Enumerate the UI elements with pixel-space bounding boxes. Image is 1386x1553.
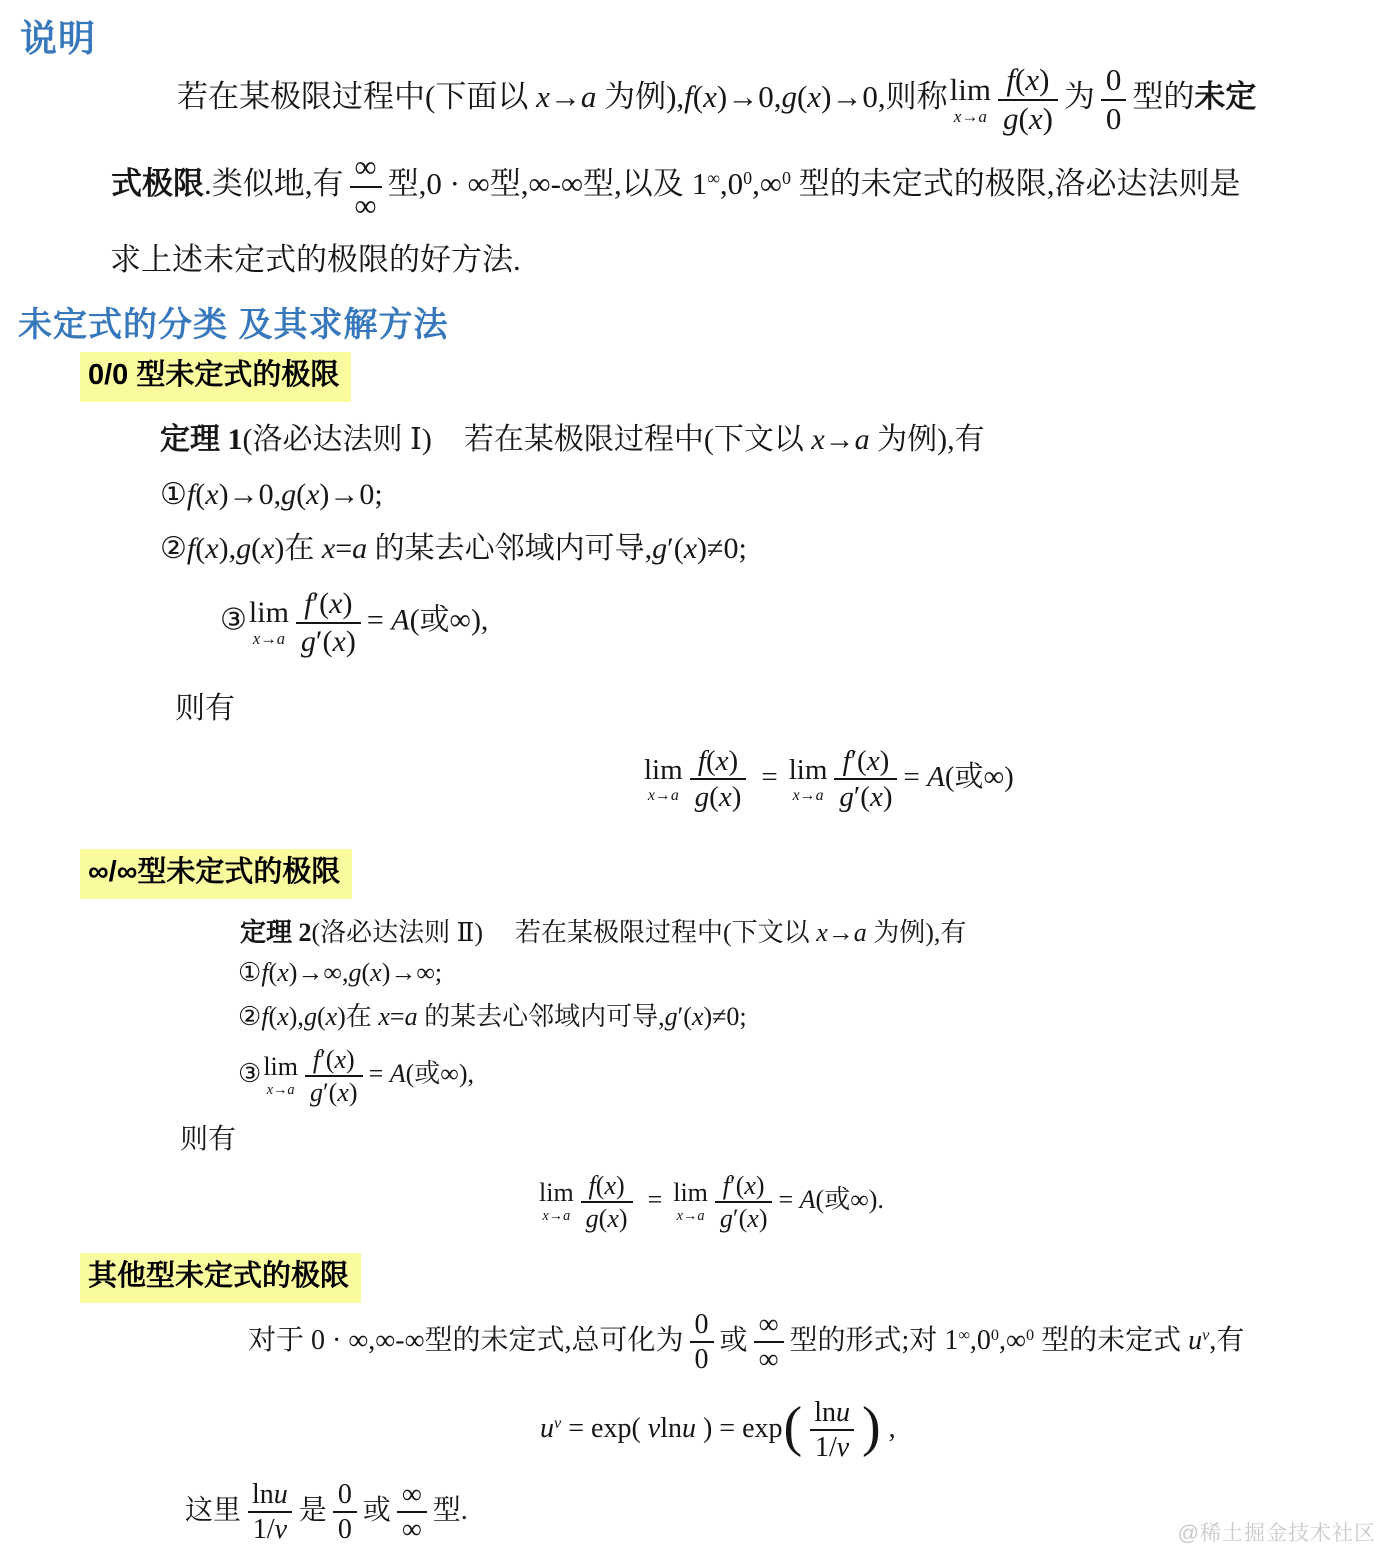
theorem-2-title-line: 定理 2(洛必达法则 Ⅱ)若在某极限过程中(下文以 x→a 为例),有 [240, 916, 966, 950]
fraction: f′(x)g′(x) [305, 1044, 363, 1108]
text-run: 型,0 · ∞型,∞-∞型,以及 [388, 166, 692, 201]
fraction-denominator: g′(x) [715, 1201, 773, 1234]
theorem-1-paren: (洛必达法则 Ⅰ) [243, 423, 432, 456]
document-page: 说明 若在某极限过程中(下面以 x→a 为例),f(x)→0,g(x)→0,则称… [0, 0, 1386, 1553]
limit-word: lim [249, 598, 289, 628]
math-run: = A(或∞), [369, 1059, 474, 1088]
text-run: 为 [1064, 79, 1095, 114]
text-run: , [882, 1413, 896, 1444]
text-run: 型的未定式的极限,洛必达法则是 [791, 166, 1241, 201]
fraction-denominator: 0 [690, 1341, 714, 1376]
fraction-denominator: g′(x) [834, 778, 897, 814]
fraction-numerator: f′(x) [838, 744, 895, 778]
limit-word: lim [539, 1180, 574, 1206]
limit-word: lim [950, 74, 991, 105]
equals-sign: = [648, 1185, 663, 1214]
fraction: f(x)g(x) [581, 1170, 633, 1234]
highlight-heading-other-types: 其他型未定式的极限 [80, 1253, 361, 1303]
text-run: 或 [363, 1495, 391, 1526]
limit: limx→a [789, 756, 828, 804]
math-run: 1∞,00,∞0 [944, 1325, 1034, 1356]
fraction-denominator: ∞ [350, 186, 382, 225]
limit-word: lim [673, 1180, 708, 1206]
big-paren-close: ) [862, 1396, 881, 1458]
text-run: 为例),有 [870, 423, 985, 456]
text-run: 若在某极限过程中(下面以 [177, 79, 536, 114]
math-run: f(x)→0,g(x)→0 [684, 79, 878, 114]
math-run: g′(x)≠0; [652, 532, 747, 565]
math-run: uv [1188, 1325, 1209, 1356]
limit-word: lim [644, 756, 683, 785]
fraction: lnu1/v [809, 1396, 855, 1465]
limit-subscript: x→a [793, 788, 824, 804]
limit-subscript: x→a [677, 1209, 705, 1223]
limit-word: lim [789, 756, 828, 785]
item-mark: ① [238, 958, 261, 987]
fraction: lnu1/v [247, 1478, 293, 1547]
equals-sign: = [761, 761, 777, 793]
item-mark: ③ [220, 603, 247, 636]
math-run: f(x),g(x) [187, 532, 285, 565]
math-run: x→a [536, 79, 596, 114]
math-run: = A(或∞). [778, 1185, 883, 1214]
item-mark: ① [160, 478, 187, 511]
text-run: 型的形式;对 [790, 1325, 945, 1356]
theorem-1-label: 定理 1 [160, 423, 243, 456]
theorem-1-then: 则有 [175, 689, 235, 728]
fraction-denominator: g(x) [581, 1201, 633, 1234]
text-run: 型的未定式 [1034, 1325, 1188, 1356]
intro-paragraph-line-3: 求上述未定式的极限的好方法. [110, 240, 521, 280]
section-heading-shuoming: 说明 [20, 8, 96, 62]
fraction-numerator: f(x) [1001, 62, 1054, 99]
bold-term: 式极限 [111, 166, 204, 201]
limit-subscript: x→a [954, 108, 987, 125]
fraction-numerator: f(x) [693, 744, 743, 778]
text-run: 在 [346, 1002, 379, 1031]
intro-paragraph-line-1: 若在某极限过程中(下面以 x→a 为例),f(x)→0,g(x)→0,则称lim… [177, 62, 1256, 137]
limit-word: lim [263, 1054, 298, 1080]
text-run: ,有 [1209, 1325, 1244, 1356]
limit: limx→a [249, 598, 289, 648]
fraction-denominator: 1/v [810, 1429, 854, 1464]
math-run: x=a [378, 1002, 417, 1031]
fraction: f′(x)g′(x) [296, 586, 361, 659]
fraction: 00 [690, 1308, 714, 1377]
highlight-heading-inf-over-inf: ∞/∞型未定式的极限 [80, 849, 352, 899]
text-run: 若在某极限过程中(下文以 [515, 918, 816, 947]
fraction: 00 [333, 1478, 357, 1547]
text-run: 这里 [185, 1495, 241, 1526]
fraction-denominator: g′(x) [305, 1075, 363, 1108]
theorem-1-condition-2: ②f(x),g(x)在 x=a 的某去心邻域内可导,g′(x)≠0; [160, 529, 747, 568]
fraction-denominator: ∞ [754, 1341, 784, 1376]
fraction-denominator: 1/v [248, 1511, 292, 1546]
theorem-1-condition-3: ③limx→af′(x)g′(x)= A(或∞), [220, 586, 488, 659]
math-run: x→a [816, 918, 867, 947]
fraction: ∞∞ [350, 149, 382, 224]
limit: limx→a [673, 1180, 708, 1223]
math-run: = A(或∞), [367, 603, 489, 636]
fraction-denominator: 0 [1101, 99, 1127, 138]
math-run: 1∞,00,∞0 [692, 166, 791, 201]
fraction-numerator: 0 [1101, 62, 1127, 99]
text-run: 为例), [596, 79, 684, 114]
fraction-numerator: lnu [247, 1478, 293, 1511]
fraction-numerator: f′(x) [718, 1170, 770, 1201]
intro-paragraph-line-2: 式极限.类似地,有∞∞型,0 · ∞型,∞-∞型,以及 1∞,00,∞0 型的未… [111, 149, 1240, 224]
math-run: uv = exp( vlnu ) = exp [540, 1413, 783, 1444]
fraction-denominator: g(x) [690, 778, 747, 814]
section-heading-classification: 未定式的分类 及其求解方法 [18, 297, 448, 346]
fraction-numerator: ∞ [397, 1478, 427, 1511]
text-run: 型的 [1132, 79, 1194, 114]
fraction: f′(x)g′(x) [834, 744, 897, 815]
text-run: 是 [299, 1495, 327, 1526]
fraction: ∞∞ [397, 1478, 427, 1547]
math-run: f(x)→∞,g(x)→∞; [261, 958, 442, 987]
watermark: @稀土掘金技术社区 [1178, 1517, 1376, 1547]
fraction: ∞∞ [754, 1308, 784, 1377]
math-run: = A(或∞) [903, 761, 1013, 793]
theorem-2-display-formula: limx→af(x)g(x)=limx→af′(x)g′(x)= A(或∞). [537, 1170, 884, 1234]
text-run: 的某去心邻域内可导, [367, 532, 652, 565]
fraction-numerator: 0 [333, 1478, 357, 1511]
highlight-heading-zero-over-zero: 0/0 型未定式的极限 [80, 352, 351, 402]
big-paren-open: ( [784, 1396, 803, 1458]
item-mark: ② [238, 1002, 261, 1031]
theorem-1-display-formula: limx→af(x)g(x)=limx→af′(x)g′(x)= A(或∞) [642, 744, 1014, 815]
text-run: 为例),有 [867, 918, 967, 947]
text-run: 对于 0 · ∞,∞-∞型的未定式,总可化为 [248, 1325, 684, 1356]
bold-term: 未定 [1194, 79, 1256, 114]
text-run: 在 [284, 532, 322, 565]
fraction: f(x)g(x) [998, 62, 1058, 137]
math-run: f(x),g(x) [261, 1002, 346, 1031]
theorem-2-condition-3: ③limx→af′(x)g′(x)= A(或∞), [238, 1044, 474, 1108]
fraction: f′(x)g′(x) [715, 1170, 773, 1234]
limit: limx→a [263, 1054, 298, 1097]
limit: limx→a [539, 1180, 574, 1223]
math-run: x=a [322, 532, 367, 565]
fraction-numerator: f′(x) [299, 586, 357, 622]
theorem-2-then: 则有 [180, 1122, 236, 1158]
fraction-numerator: ∞ [754, 1308, 784, 1341]
item-mark: ② [160, 532, 187, 565]
fraction-denominator: g(x) [998, 99, 1058, 138]
limit: limx→a [644, 756, 683, 804]
theorem-1-title-line: 定理 1(洛必达法则 Ⅰ)若在某极限过程中(下文以 x→a 为例),有 [160, 420, 985, 459]
theorem-2-condition-2: ②f(x),g(x)在 x=a 的某去心邻域内可导,g′(x)≠0; [238, 1000, 747, 1034]
exp-transform-formula: uv = exp( vlnu ) = exp(lnu1/v) , [540, 1396, 896, 1465]
math-run: f(x)→0,g(x)→0; [187, 478, 383, 511]
fraction-denominator: ∞ [397, 1511, 427, 1546]
fraction-numerator: f′(x) [308, 1044, 360, 1075]
fraction-numerator: ∞ [350, 149, 382, 186]
theorem-2-label: 定理 2 [240, 918, 312, 947]
text-run: .类似地,有 [204, 166, 344, 201]
limit-subscript: x→a [253, 631, 285, 648]
fraction-numerator: lnu [809, 1396, 855, 1429]
theorem-1-condition-1: ①f(x)→0,g(x)→0; [160, 475, 383, 514]
math-run: g′(x)≠0; [665, 1002, 747, 1031]
math-run: x→a [811, 423, 869, 456]
fraction-numerator: f(x) [584, 1170, 630, 1201]
limit-subscript: x→a [267, 1083, 295, 1097]
fraction: f(x)g(x) [690, 744, 747, 815]
text-run: 的某去心邻域内可导, [418, 1002, 665, 1031]
fraction: 00 [1101, 62, 1127, 137]
fraction-denominator: g′(x) [296, 622, 361, 660]
limit: limx→a [950, 74, 991, 125]
text-run: 或 [720, 1325, 748, 1356]
text-run: 若在某极限过程中(下文以 [464, 423, 812, 456]
fraction-denominator: 0 [333, 1511, 357, 1546]
text-run: ,则称 [878, 79, 948, 114]
item-mark: ③ [238, 1059, 261, 1088]
limit-subscript: x→a [542, 1209, 570, 1223]
limit-subscript: x→a [648, 788, 679, 804]
theorem-2-paren: (洛必达法则 Ⅱ) [312, 918, 484, 947]
fraction-numerator: 0 [690, 1308, 714, 1341]
text-run: 型. [433, 1495, 468, 1526]
closing-note-line: 这里lnu1/v是00或∞∞型. [185, 1478, 468, 1547]
theorem-2-condition-1: ①f(x)→∞,g(x)→∞; [238, 956, 442, 990]
other-types-paragraph: 对于 0 · ∞,∞-∞型的未定式,总可化为00或∞∞型的形式;对 1∞,00,… [248, 1308, 1244, 1377]
